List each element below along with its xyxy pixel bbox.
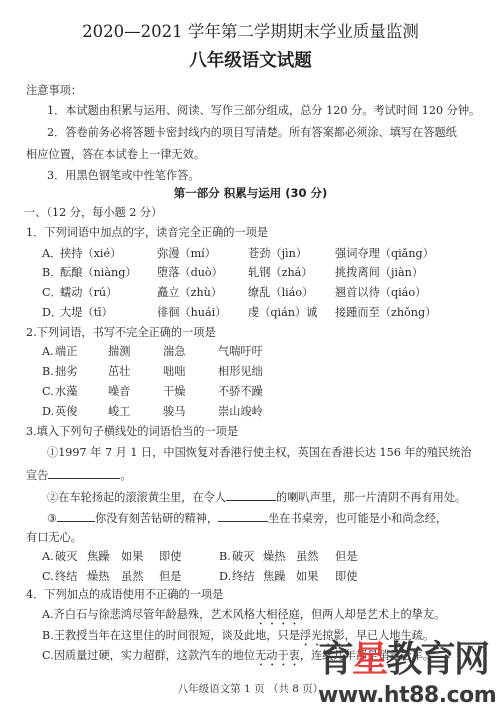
option-item: 骏马: [163, 405, 185, 419]
option-item: 相形见绌: [218, 365, 263, 379]
option-item: 弥漫（mí）: [157, 247, 216, 261]
q4-option-a: A.齐白石与徐悲鸿尽管年龄悬殊，艺术风格大相径庭，但两人却是艺术上的挚友。: [42, 608, 445, 628]
option-item: 苍劲（jìn）: [248, 247, 307, 261]
option-item: 焦躁: [263, 570, 285, 584]
group-heading: 一、（12 分，每小题 2 分）: [24, 206, 162, 220]
sentence-text: B.王教授当年在这里住的时间很短，谈及此地，只是: [42, 629, 300, 642]
option-item: 翘首以待（qiáo）: [335, 286, 426, 300]
sentence-text: 你没有刻苦钻研的精神，: [95, 512, 218, 525]
option-label: A.: [42, 345, 54, 359]
option-item: 拙劣: [55, 365, 77, 379]
option-item: 焦躁: [87, 550, 109, 564]
option-item: 如果: [296, 570, 318, 584]
option-item: 缭乱（liáo）: [248, 286, 313, 300]
option-item: 大堤（tī）: [60, 306, 113, 320]
option-item: 虔（qián）诚: [248, 306, 317, 320]
sentence-text: A.齐白石与徐悲鸿尽管年龄悬殊，艺术风格: [42, 608, 255, 621]
option-item: 轧钢（zhá）: [248, 266, 313, 280]
option-item: 水藻: [55, 385, 77, 399]
watermark-text: 育: [318, 639, 352, 680]
option-item: 英俊: [55, 405, 77, 419]
option-label: A.: [42, 550, 54, 564]
option-item: 干燥: [163, 385, 185, 399]
option-item: 酝酿（niàng）: [60, 266, 137, 280]
q3-stem: 3.填入下列句子横线处的词语恰当的一项是: [26, 425, 238, 439]
q3-sentence-1: ①1997 年 7 月 1 日，中国恢复对香港行使主权，英国在香港长达 156 …: [47, 446, 472, 460]
note-item-2-cont: 相应位置，答在本试卷上一律无效。: [26, 148, 205, 162]
option-item: 虽然: [296, 550, 318, 564]
dotted-idiom: 无动于衷: [255, 649, 300, 662]
option-item: 终结: [232, 570, 254, 584]
sentence-text: 的喇叭声里，那一片清阴不再有用处。: [276, 491, 466, 504]
option-item: 强词夺理（qiǎng）: [335, 247, 434, 261]
option-item: 峻工: [108, 405, 130, 419]
watermark-accent-text: 星: [352, 639, 386, 680]
option-item: 矗立（zhù）: [157, 286, 222, 300]
option-item: 气喘吁吁: [218, 345, 263, 359]
option-item: 噪音: [108, 385, 130, 399]
watermark-site-name: 育星教育网: [318, 640, 488, 680]
option-item: 虽然: [121, 570, 143, 584]
option-item: 挟持（xié）: [60, 247, 121, 261]
option-label: C．: [42, 286, 62, 300]
option-item: 破灭: [232, 550, 254, 564]
option-label: B．: [42, 266, 61, 280]
option-item: 湍急: [163, 345, 185, 359]
option-item: 堕落（duò）: [157, 266, 223, 280]
answer-blank: [57, 510, 95, 522]
option-item: 如果: [121, 550, 143, 564]
exam-subtitle: 八年级语文试题: [0, 50, 501, 72]
option-item: 不骄不躁: [218, 385, 263, 399]
option-label: D.: [42, 405, 54, 419]
dotted-idiom: 大相径庭: [255, 608, 300, 621]
q3-sentence-2: ②在车轮扬起的滚滚黄尘里，在令人的喇叭声里，那一片清阴不再有用处。: [47, 489, 466, 505]
q3-sentence-1-cont: 宣告。: [26, 467, 132, 483]
option-label: A．: [42, 247, 61, 261]
answer-blank: [226, 489, 276, 501]
option-label: D.: [219, 570, 231, 584]
note-item-2: 2．答卷前务必将答题卡密封线内的项目写清楚。所有答案都必须涂、填写在答题纸: [47, 126, 457, 140]
option-item: 破灭: [55, 550, 77, 564]
note-item-3: 3．用黑色钢笔或中性笔作答。: [47, 169, 200, 183]
notes-heading: 注意事项：: [26, 84, 82, 98]
sentence-text: ②在车轮扬起的滚滚黄尘里，在令人: [47, 491, 226, 504]
option-label: B.: [42, 365, 54, 379]
option-item: 端正: [55, 345, 77, 359]
option-item: 即使: [335, 570, 357, 584]
sentence-text: ，但两人却是艺术上的挚友。: [300, 608, 445, 621]
option-item: 咄咄: [163, 365, 185, 379]
q3-sentence-3: ③你没有刻苦钻研的精神，坐在书桌旁，也可能是小和尚念经，: [47, 510, 447, 526]
watermark-url: www.ht88.com: [318, 684, 496, 708]
q2-stem: 2.下列词语，书写不完全正确的一项是: [26, 326, 216, 340]
watermark-text: 教育网: [386, 639, 488, 680]
option-item: 挑拨离间（jiàn）: [335, 266, 423, 280]
answer-blank: [48, 467, 120, 479]
q3-sentence-3-cont: 有口无心。: [26, 531, 82, 545]
site-watermark: 育星教育网 www.ht88.com: [318, 640, 501, 708]
sentence-text: 坐在书桌旁，也可能是小和尚念经，: [268, 512, 447, 525]
option-label: C.: [42, 385, 54, 399]
exam-title: 2020—2021 学年第二学期期末学业质量监测: [0, 22, 501, 42]
option-item: 徘徊（huái）: [157, 306, 226, 320]
sentence-text: 。: [120, 469, 131, 482]
sentence-text: ③: [47, 512, 57, 525]
option-item: 蠕动（rú）: [60, 286, 117, 300]
option-item: 揣测: [108, 345, 130, 359]
option-item: 终结: [55, 570, 77, 584]
option-label: C.: [42, 570, 54, 584]
option-item: 但是: [159, 570, 181, 584]
option-item: 接踵而至（zhǒng）: [335, 306, 436, 320]
option-item: 即使: [159, 550, 181, 564]
section-title: 第一部分 积累与运用 (30 分): [0, 185, 501, 201]
option-item: 燥热: [263, 550, 285, 564]
option-item: 但是: [335, 550, 357, 564]
q1-stem: 1．下列词语中加点的字，读音完全正确的一项是: [26, 226, 268, 240]
option-item: 燥热: [87, 570, 109, 584]
note-item-1: 1．本试题由积累与运用、阅读、写作三部分组成，总分 120 分。考试时间 120…: [47, 104, 480, 118]
option-item: 崇山竣岭: [218, 405, 263, 419]
option-item: 茁壮: [108, 365, 130, 379]
q4-stem: 4．下列加点的成语使用不正确的一项是: [26, 588, 223, 602]
sentence-text: C.因质量过硬，实力超群，这款汽车的地位: [42, 649, 255, 662]
sentence-text: 宣告: [26, 469, 48, 482]
option-label: B.: [219, 550, 231, 564]
answer-blank: [218, 510, 268, 522]
